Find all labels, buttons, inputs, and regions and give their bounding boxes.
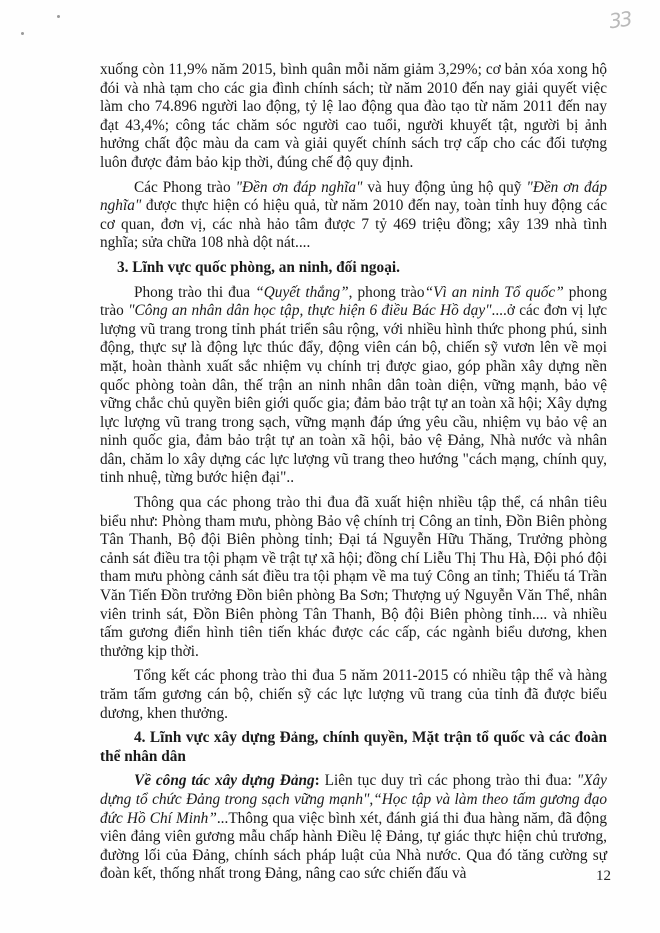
paragraph-social-policy: xuống còn 11,9% năm 2015, bình quân mỗi … bbox=[100, 61, 607, 173]
movement-name: "Đền ơn đáp nghĩa" bbox=[236, 179, 363, 196]
handwritten-page-mark: 33 bbox=[607, 7, 632, 34]
paragraph-defense-movements: Phong trào thi đua “Quyết thắng”, phong … bbox=[100, 284, 607, 489]
paragraph-summary-2011-2015: Tổng kết các phong trào thi đua 5 năm 20… bbox=[100, 667, 607, 723]
scan-speck bbox=[57, 15, 60, 18]
page-number: 12 bbox=[596, 868, 611, 885]
subsection-lead: Về công tác xây dựng Đảng bbox=[134, 772, 315, 789]
paragraph-party-building: Về công tác xây dựng Đảng: Liên tục duy … bbox=[100, 772, 607, 884]
paragraph-exemplary-individuals: Thông qua các phong trào thi đua đã xuất… bbox=[100, 494, 607, 661]
document-page: 33 xuống còn 11,9% năm 2015, bình quân m… bbox=[0, 0, 660, 933]
scan-speck bbox=[21, 32, 24, 35]
paragraph-gratitude-movement: Các Phong trào "Đền ơn đáp nghĩa" và huy… bbox=[100, 179, 607, 253]
document-body: xuống còn 11,9% năm 2015, bình quân mỗi … bbox=[100, 61, 607, 890]
section-heading-defense: 3. Lĩnh vực quốc phòng, an ninh, đối ngo… bbox=[100, 259, 607, 278]
section-heading-party-building: 4. Lĩnh vực xây dựng Đảng, chính quyền, … bbox=[100, 729, 607, 766]
